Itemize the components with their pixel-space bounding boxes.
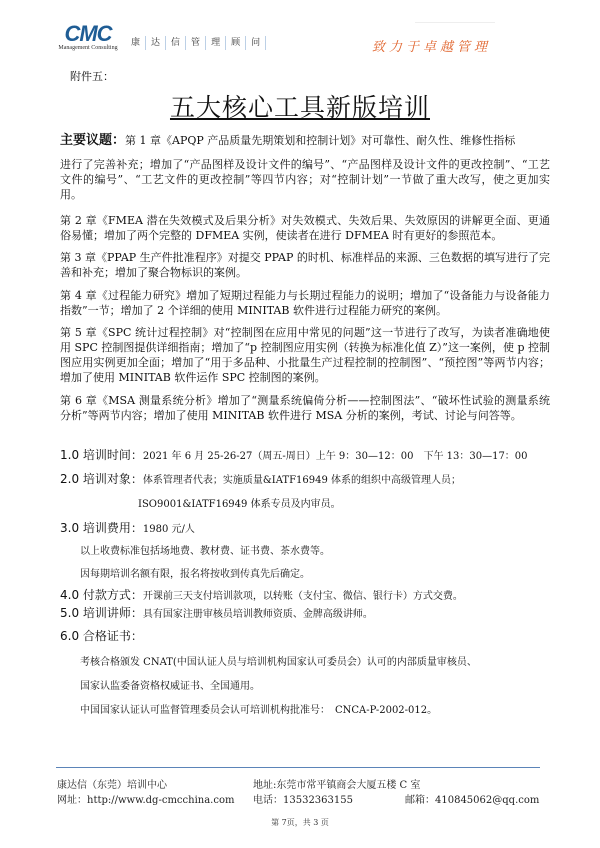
footer-org: 康达信（东莞）培训中心	[57, 776, 167, 791]
logo-text: CMC	[58, 24, 118, 44]
audience-label: 2.0 培训对象：	[60, 472, 143, 486]
header-divider	[415, 22, 495, 23]
fee-label: 3.0 培训费用：	[60, 521, 143, 535]
footer-website[interactable]: 网址：http://www.dg-cmcchina.com	[57, 791, 234, 806]
company-char: 管	[186, 36, 206, 50]
main-topics-ch4: 第 4 章《过程能力研究》增加了短期过程能力与长期过程能力的说明；增加了“设备能…	[60, 288, 550, 318]
main-topics-label: 主要议题：	[60, 133, 125, 148]
section-payment: 4.0 付款方式：开课前三天支付培训款项，以转账（支付宝、微信、银行卡）方式交费…	[60, 588, 550, 604]
company-char: 信	[166, 36, 186, 50]
section-lecturer: 5.0 培训讲师：具有国家注册审核员培训教师资质、金牌高级讲师。	[60, 606, 550, 622]
section-time: 1.0 培训时间：2021 年 6 月 25-26-27（周五-周日）上午 9：…	[60, 448, 550, 464]
certificate-line3: 中国国家认证认可监督管理委员会认可培训机构批准号： CNCA-P-2002-01…	[80, 703, 570, 718]
section-audience: 2.0 培训对象：体系管理者代表；实施质量&IATF16949 体系的组织中高级…	[60, 472, 550, 488]
footer-divider	[56, 767, 540, 768]
main-topics-ch5: 第 5 章《SPC 统计过程控制》对“控制图在应用中常见的问题”这一节进行了改写…	[60, 325, 550, 385]
certificate-label: 6.0 合格证书：	[60, 629, 143, 643]
payment-label: 4.0 付款方式：	[60, 588, 143, 602]
lecturer-value: 具有国家注册审核员培训教师资质、金牌高级讲师。	[143, 609, 373, 620]
footer-phone: 电话：13532363155	[253, 791, 353, 806]
company-char: 问	[246, 36, 266, 50]
main-topics-ch1-first: 主要议题：第 1 章《APQP 产品质量先期策划和控制计划》对可靠性、耐久性、维…	[60, 133, 550, 148]
payment-value: 开课前三天支付培训款项，以转账（支付宝、微信、银行卡）方式交费。	[143, 591, 463, 602]
audience-line1: 体系管理者代表；实施质量&IATF16949 体系的组织中高级管理人员；	[143, 475, 461, 486]
page-number: 第 7页，共 3 页	[0, 817, 600, 828]
main-topics-ch2: 第 2 章《FMEA 潜在失效模式及后果分析》对失效模式、失效后果、失效原因的讲…	[60, 213, 550, 243]
fee-note1: 以上收费标准包括场地费、教材费、证书费、茶水费等。	[80, 544, 570, 559]
section-fee: 3.0 培训费用：1980 元/人	[60, 521, 550, 537]
main-topics-ch3: 第 3 章《PPAP 生产件批准程序》对提交 PPAP 的时机、标准样品的来源、…	[60, 250, 550, 280]
time-label: 1.0 培训时间：	[60, 448, 143, 462]
lecturer-label: 5.0 培训讲师：	[60, 606, 143, 620]
company-char: 顾	[226, 36, 246, 50]
main-topics-ch6: 第 6 章《MSA 测量系统分析》增加了“测量系统偏倚分析——控制图法”、“破坏…	[60, 393, 550, 423]
time-value: 2021 年 6 月 25-26-27（周五-周日）上午 9：30—12：00 …	[143, 451, 528, 462]
audience-line2: ISO9001&IATF16949 体系专员及内审员。	[138, 497, 538, 512]
ch1-first-text: 第 1 章《APQP 产品质量先期策划和控制计划》对可靠性、耐久性、维修性指标	[125, 134, 515, 147]
section-certificate: 6.0 合格证书：	[60, 629, 550, 644]
footer-email[interactable]: 邮箱：410845062@qq.com	[405, 791, 539, 806]
slogan: 致力于卓越管理	[372, 36, 491, 55]
certificate-line2: 国家认监委备资格权威证书、全国通用。	[80, 679, 570, 694]
main-topics-ch1-rest: 进行了完善补充；增加了“产品图样及设计文件的编号”、“产品图样及设计文件的更改控…	[60, 157, 550, 202]
attachment-label: 附件五：	[70, 68, 114, 84]
footer-address: 地址:东莞市常平镇商会大厦五楼 C 室	[253, 776, 420, 791]
fee-note2: 因每期培训名额有限，报名将按收到传真先后确定。	[80, 567, 570, 582]
company-char: 达	[146, 36, 166, 50]
cmc-logo: CMC Management Consulting	[58, 24, 118, 51]
company-name: 康 达 信 管 理 顾 问	[126, 36, 266, 50]
page-title: 五大核心工具新版培训	[0, 88, 600, 124]
logo-subtext: Management Consulting	[58, 45, 118, 51]
certificate-line1: 考核合格颁发 CNAT(中国认证人员与培训机构国家认可委员会）认可的内部质量审核…	[80, 655, 570, 670]
company-char: 康	[126, 36, 146, 50]
company-char: 理	[206, 36, 226, 50]
fee-value: 1980 元/人	[143, 524, 195, 535]
